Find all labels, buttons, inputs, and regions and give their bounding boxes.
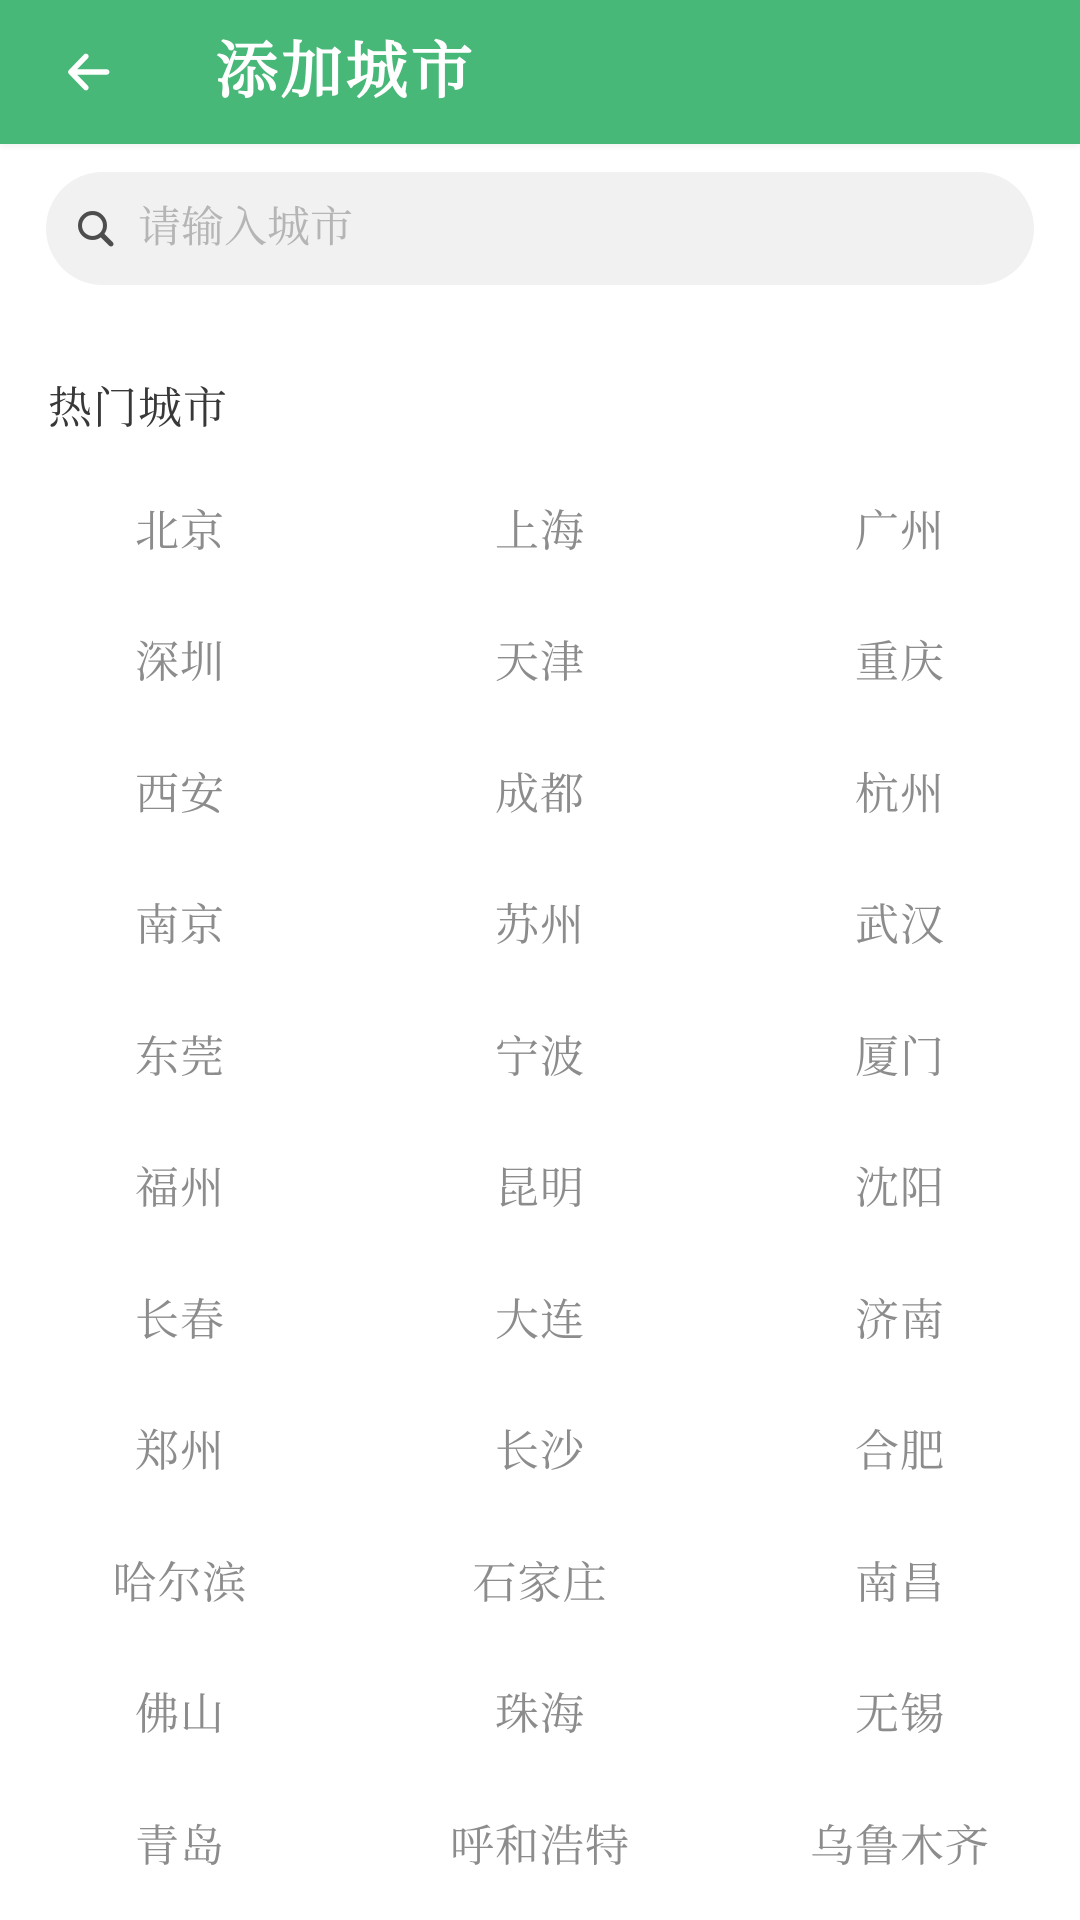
hot-city-item[interactable]: 珠海 xyxy=(360,1645,720,1777)
hot-city-item[interactable]: 南京 xyxy=(0,856,360,988)
app-header: 添加城市 xyxy=(0,0,1080,144)
back-button[interactable] xyxy=(56,0,120,144)
hot-city-item[interactable]: 厦门 xyxy=(720,987,1080,1119)
hot-city-item[interactable]: 福州 xyxy=(0,1119,360,1251)
hot-city-item[interactable]: 合肥 xyxy=(720,1382,1080,1514)
hot-city-item[interactable]: 苏州 xyxy=(360,856,720,988)
hot-city-item[interactable]: 东莞 xyxy=(0,987,360,1119)
hot-city-item[interactable]: 南昌 xyxy=(720,1513,1080,1645)
search-icon xyxy=(74,207,118,251)
hot-city-item[interactable]: 昆明 xyxy=(360,1119,720,1251)
hot-city-item[interactable]: 石家庄 xyxy=(360,1513,720,1645)
hot-city-item[interactable]: 沈阳 xyxy=(720,1119,1080,1251)
hot-city-item[interactable]: 佛山 xyxy=(0,1645,360,1777)
hot-city-item[interactable]: 上海 xyxy=(360,461,720,593)
hot-city-item[interactable]: 宁波 xyxy=(360,987,720,1119)
hot-city-item[interactable]: 重庆 xyxy=(720,593,1080,725)
hot-city-item[interactable]: 大连 xyxy=(360,1250,720,1382)
hot-cities-section-title: 热门城市 xyxy=(48,387,1080,431)
hot-city-item[interactable]: 青岛 xyxy=(0,1776,360,1908)
hot-city-item[interactable]: 哈尔滨 xyxy=(0,1513,360,1645)
hot-city-item[interactable]: 郑州 xyxy=(0,1382,360,1514)
hot-city-item[interactable]: 乌鲁木齐 xyxy=(720,1776,1080,1908)
city-search-bar[interactable] xyxy=(46,172,1034,285)
hot-city-item[interactable]: 深圳 xyxy=(0,593,360,725)
hot-city-item[interactable]: 天津 xyxy=(360,593,720,725)
hot-cities-grid: 北京上海广州深圳天津重庆西安成都杭州南京苏州武汉东莞宁波厦门福州昆明沈阳长春大连… xyxy=(0,461,1080,1908)
hot-city-item[interactable]: 西安 xyxy=(0,724,360,856)
hot-city-item[interactable]: 杭州 xyxy=(720,724,1080,856)
hot-city-item[interactable]: 长沙 xyxy=(360,1382,720,1514)
hot-city-item[interactable]: 无锡 xyxy=(720,1645,1080,1777)
hot-city-item[interactable]: 济南 xyxy=(720,1250,1080,1382)
hot-city-item[interactable]: 武汉 xyxy=(720,856,1080,988)
hot-city-item[interactable]: 长春 xyxy=(0,1250,360,1382)
hot-city-item[interactable]: 成都 xyxy=(360,724,720,856)
page-title: 添加城市 xyxy=(216,0,476,144)
hot-city-item[interactable]: 北京 xyxy=(0,461,360,593)
hot-city-item[interactable]: 呼和浩特 xyxy=(360,1776,720,1908)
arrow-left-icon xyxy=(63,47,113,97)
hot-city-item[interactable]: 广州 xyxy=(720,461,1080,593)
search-input[interactable] xyxy=(138,172,994,285)
